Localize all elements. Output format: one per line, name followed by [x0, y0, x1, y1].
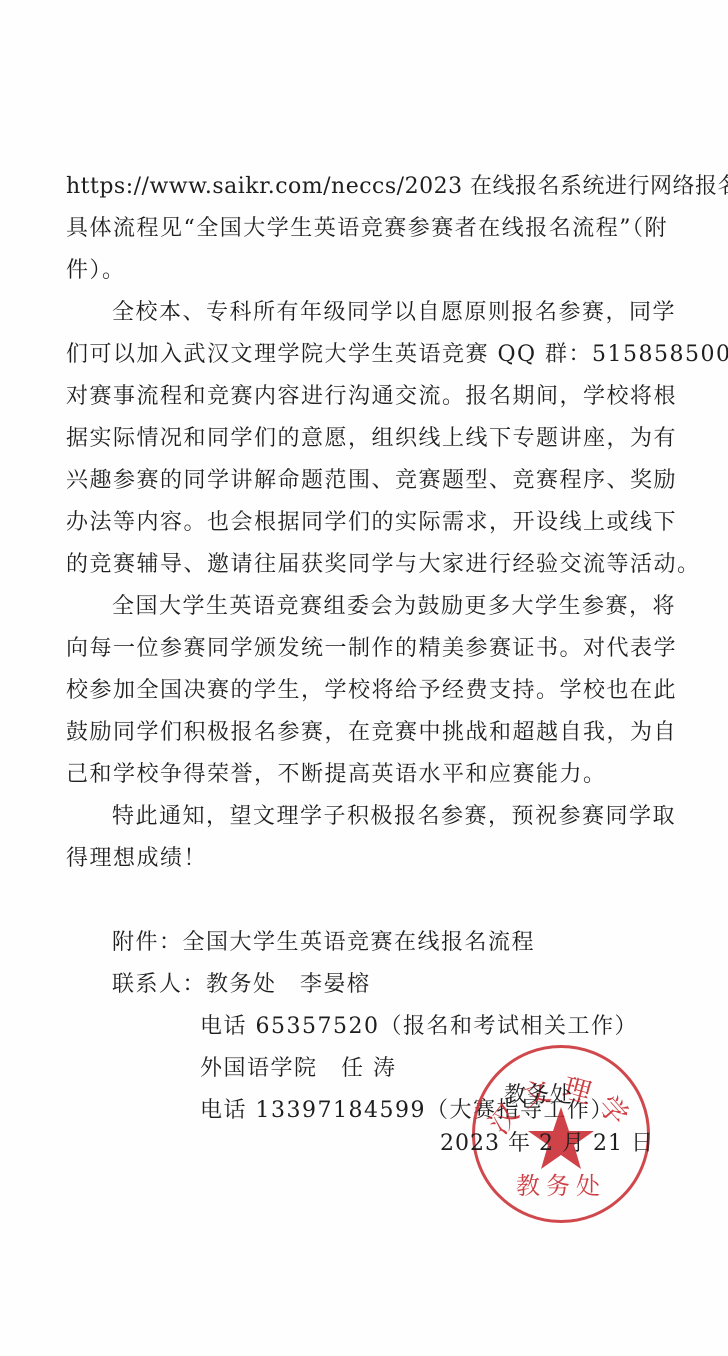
contact-1-phone: 电话 65357520（报名和考试相关工作） [200, 1012, 638, 1042]
paragraph-3-line-2: 向每一位参赛同学颁发统一制作的精美参赛证书。对代表学 [66, 634, 677, 664]
seal-center-text: 教务处 [475, 1166, 647, 1201]
paragraph-2-line-2: 们可以加入武汉文理学院大学生英语竞赛 QQ 群：515858500， [66, 340, 728, 370]
contact-1-name: 教务处 李晏榕 [206, 972, 371, 997]
signature-office: 教务处 [504, 1078, 573, 1109]
paragraph-4-line-2: 得理想成绩！ [66, 844, 207, 874]
paragraph-1-line-1: https://www.saikr.com/neccs/2023 在线报名系统进… [66, 172, 728, 202]
paragraph-3-line-4: 鼓励同学们积极报名参赛，在竞赛中挑战和超越自我，为自 [66, 718, 677, 748]
attachment-line: 附件：全国大学生英语竞赛在线报名流程 [112, 928, 535, 958]
paragraph-2-line-4: 据实际情况和同学们的意愿，组织线上线下专题讲座，为有 [66, 424, 677, 454]
paragraph-4-line-1: 特此通知，望文理学子积极报名参赛，预祝参赛同学取 [112, 802, 676, 832]
paragraph-2-line-7: 的竞赛辅导、邀请往届获奖同学与大家进行经验交流等活动。 [66, 550, 701, 580]
paragraph-3-line-5: 己和学校争得荣誉，不断提高英语水平和应赛能力。 [66, 760, 607, 790]
contacts-label-text: 联系人： [112, 972, 206, 997]
paragraph-2-line-5: 兴趣参赛的同学讲解命题范围、竞赛题型、竞赛程序、奖励 [66, 466, 677, 496]
signature-date: 2023 年 2 月 21 日 [440, 1126, 654, 1157]
paragraph-3-line-3: 校参加全国决赛的学生，学校将给予经费支持。学校也在此 [66, 676, 677, 706]
document-page: https://www.saikr.com/neccs/2023 在线报名系统进… [0, 0, 728, 1356]
paragraph-3-line-1: 全国大学生英语竞赛组委会为鼓励更多大学生参赛，将 [112, 592, 676, 622]
contacts-label: 联系人：教务处 李晏榕 [112, 970, 371, 1000]
paragraph-2-line-1: 全校本、专科所有年级同学以自愿原则报名参赛，同学 [112, 298, 676, 328]
paragraph-2-line-3: 对赛事流程和竞赛内容进行沟通交流。报名期间，学校将根 [66, 382, 677, 412]
paragraph-1-line-2: 具体流程见“全国大学生英语竞赛参赛者在线报名流程”（附 [66, 214, 668, 244]
paragraph-1-line-3: 件）。 [66, 256, 126, 286]
contact-2-name: 外国语学院 任 涛 [200, 1054, 397, 1084]
paragraph-2-line-6: 办法等内容。也会根据同学们的实际需求，开设线上或线下 [66, 508, 677, 538]
